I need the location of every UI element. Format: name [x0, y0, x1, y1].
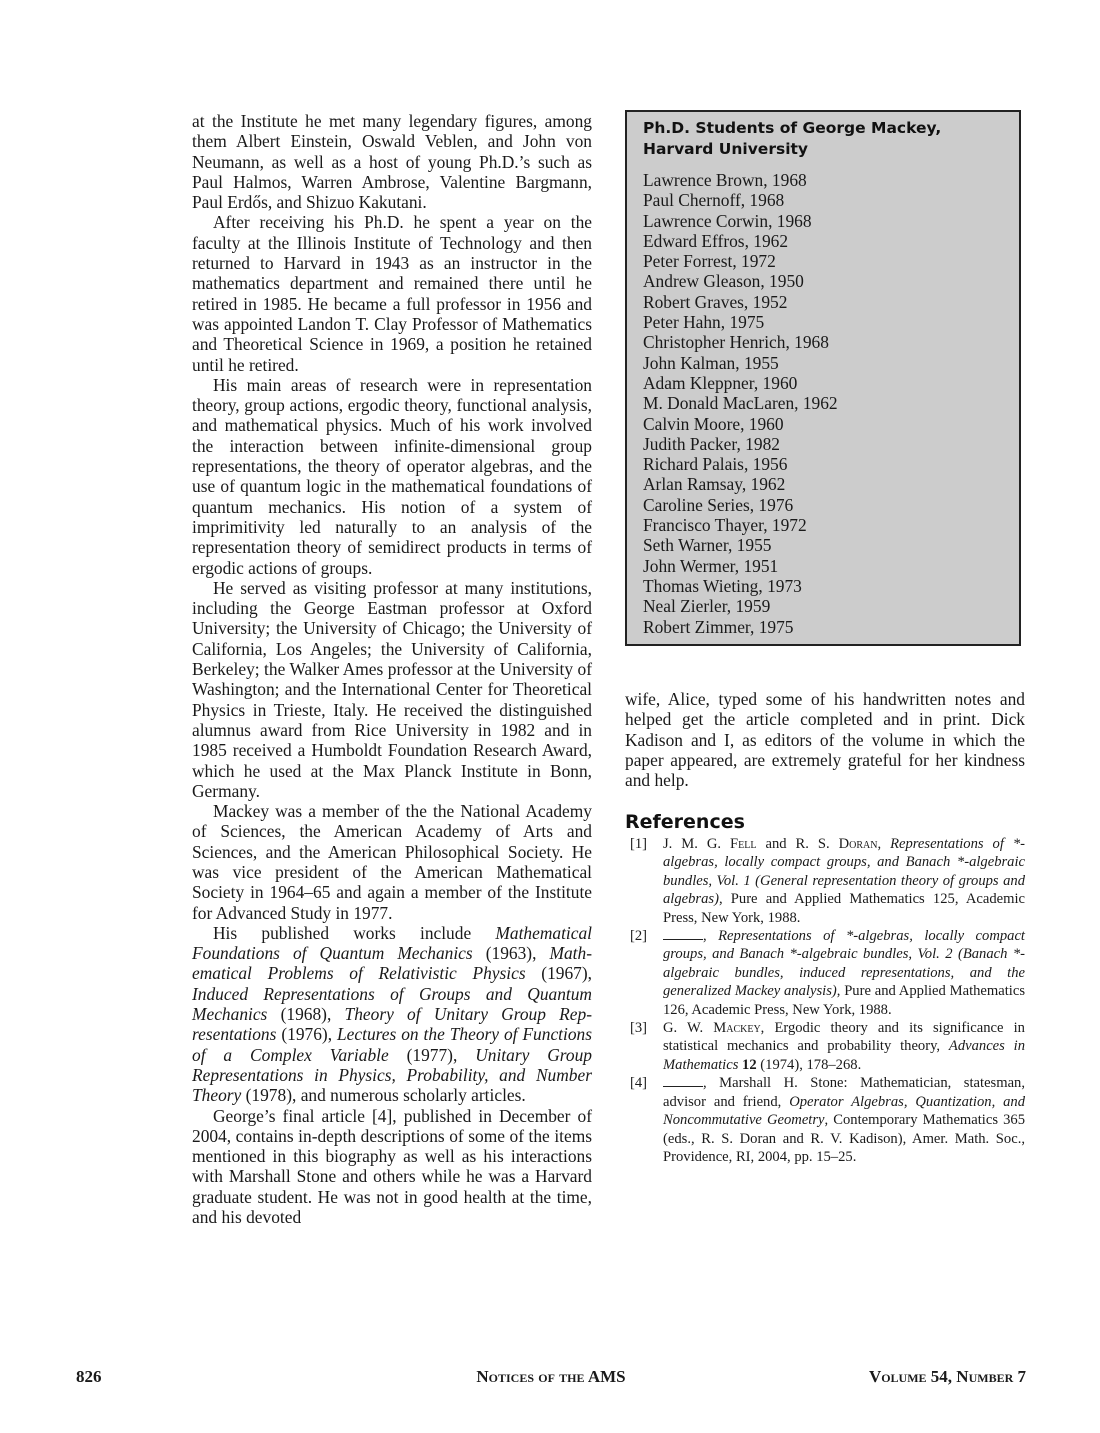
body-text-right-column: wife, Alice, typed some of his handwritt… — [625, 689, 1025, 790]
student-entry: M. Donald MacLaren, 1962 — [643, 393, 1019, 413]
reference-item: [4], Marshall H. Stone: Mathematician, s… — [630, 1074, 1025, 1166]
student-entry: Richard Palais, 1956 — [643, 454, 1019, 474]
paragraph: Mackey was a member of the the National … — [192, 801, 592, 923]
paragraph: He served as visiting professor at many … — [192, 578, 592, 801]
sidebar-title-line1: Ph.D. Students of George Mackey, — [643, 118, 1019, 139]
paragraph-continuation: wife, Alice, typed some of his handwritt… — [625, 689, 1025, 790]
student-entry: Thomas Wieting, 1973 — [643, 576, 1019, 596]
body-text-left-column: at the Institute he met many legendary f… — [192, 111, 592, 1227]
paragraph: After receiving his Ph.D. he spent a yea… — [192, 212, 592, 374]
student-entry: Paul Chernoff, 1968 — [643, 190, 1019, 210]
ditto-rule — [663, 929, 703, 940]
student-entry: Seth Warner, 1955 — [643, 535, 1019, 555]
author-name: Doran — [839, 836, 878, 852]
italic-title: Mathematical Foundations of Quantum Mech… — [192, 923, 592, 963]
volume-info: Volume 54, Number 7 — [869, 1367, 1026, 1387]
italic-title: Advances in Mathematics — [663, 1038, 1025, 1072]
reference-item: [2], Representations of *-algebras, loca… — [630, 927, 1025, 1019]
student-entry: Francisco Thayer, 1972 — [643, 515, 1019, 535]
student-entry: Adam Kleppner, 1960 — [643, 373, 1019, 393]
reference-number: [1] — [630, 835, 647, 853]
student-entry: John Kalman, 1955 — [643, 353, 1019, 373]
paragraph: His main areas of research were in repre… — [192, 375, 592, 578]
student-entry: Caroline Series, 1976 — [643, 495, 1019, 515]
student-entry: Lawrence Brown, 1968 — [643, 170, 1019, 190]
phd-students-sidebar: Ph.D. Students of George Mackey, Harvard… — [625, 110, 1021, 646]
italic-title: Representations of *-algebras, locally c… — [663, 928, 1025, 999]
reference-item: [3]G. W. Mackey, Ergodic theory and its … — [630, 1019, 1025, 1074]
student-entry: Peter Forrest, 1972 — [643, 251, 1019, 271]
student-entry: Robert Graves, 1952 — [643, 292, 1019, 312]
paragraph: George’s final article [4], published in… — [192, 1106, 592, 1228]
student-entry: Edward Effros, 1962 — [643, 231, 1019, 251]
student-entry: John Wermer, 1951 — [643, 556, 1019, 576]
student-entry: Arlan Ramsay, 1962 — [643, 474, 1019, 494]
reference-number: [3] — [630, 1019, 647, 1037]
references-heading: References — [625, 811, 745, 833]
paragraph: at the Institute he met many legendary f… — [192, 111, 592, 212]
student-list: Lawrence Brown, 1968Paul Chernoff, 1968L… — [643, 170, 1019, 637]
reference-number: [4] — [630, 1074, 647, 1092]
sidebar-title-line2: Harvard University — [643, 139, 1019, 160]
paragraph: His published works include Mathematical… — [192, 923, 592, 1106]
student-entry: Neal Zierler, 1959 — [643, 596, 1019, 616]
author-name: Mackey — [713, 1020, 760, 1036]
student-entry: Andrew Gleason, 1950 — [643, 271, 1019, 291]
reference-item: [1]J. M. G. Fell and R. S. Doran, Repres… — [630, 835, 1025, 927]
reference-number: [2] — [630, 927, 647, 945]
student-entry: Judith Packer, 1982 — [643, 434, 1019, 454]
ditto-rule — [663, 1076, 703, 1087]
sidebar-title: Ph.D. Students of George Mackey, Harvard… — [643, 118, 1019, 160]
page-footer: 826 Notices of the AMS Volume 54, Number… — [76, 1367, 1026, 1389]
volume-number: 12 — [742, 1057, 757, 1073]
student-entry: Robert Zimmer, 1975 — [643, 617, 1019, 637]
student-entry: Christopher Henrich, 1968 — [643, 332, 1019, 352]
student-entry: Peter Hahn, 1975 — [643, 312, 1019, 332]
student-entry: Calvin Moore, 1960 — [643, 414, 1019, 434]
student-entry: Lawrence Corwin, 1968 — [643, 211, 1019, 231]
author-name: Fell — [730, 836, 756, 852]
references-list: [1]J. M. G. Fell and R. S. Doran, Repres… — [630, 835, 1025, 1166]
italic-title: Operator Algebras, Quantization, and Non… — [663, 1094, 1025, 1128]
